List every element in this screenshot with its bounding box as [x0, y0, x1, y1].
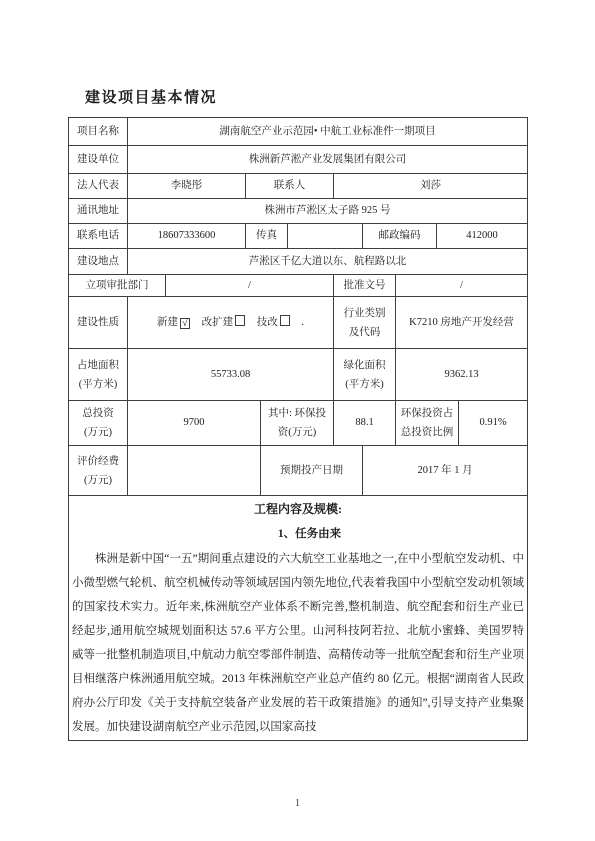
checkbox-tech-icon — [280, 315, 290, 326]
row-mailing-address: 通讯地址 株洲市芦淞区太子路 925 号 — [69, 199, 528, 224]
construction-unit-value: 株洲新芦淞产业发展集团有限公司 — [128, 146, 528, 174]
row-legal-representative: 法人代表 李晓彤 联系人 刘莎 — [69, 174, 528, 199]
document-content: 建设项目基本情况 项目名称 湖南航空产业示范园• 中航工业标准件一期项目 建设单… — [68, 88, 527, 741]
project-info-table: 项目名称 湖南航空产业示范园• 中航工业标准件一期项目 建设单位 株洲新芦淞产业… — [68, 117, 528, 741]
construction-location-value: 芦淞区千亿大道以东、航程路以北 — [128, 249, 528, 275]
approval-doc-value: / — [396, 275, 528, 297]
env-investment-value: 88.1 — [334, 401, 396, 446]
row-land-area: 占地面积 (平方米) 55733.08 绿化面积 (平方米) 9362.13 — [69, 349, 528, 401]
approval-dept-value: / — [166, 275, 334, 297]
row-project-content: 工程内容及规模: 1、任务由来 株洲是新中国“一五”期间重点建设的六大航空工业基… — [69, 496, 528, 741]
fax-label: 传真 — [246, 224, 288, 249]
land-area-label-line2: (平方米) — [72, 375, 124, 394]
evaluation-fee-label-line1: 评价经费 — [72, 452, 124, 471]
industry-category-label-line2: 及代码 — [337, 323, 392, 342]
project-name-value: 湖南航空产业示范园• 中航工业标准件一期项目 — [128, 118, 528, 146]
env-ratio-label-line2: 总投资比例 — [399, 423, 455, 442]
land-area-label: 占地面积 (平方米) — [69, 349, 128, 401]
option-tech-label: 技改 — [257, 317, 278, 328]
total-investment-label-line1: 总投资 — [72, 404, 124, 423]
row-construction-unit: 建设单位 株洲新芦淞产业发展集团有限公司 — [69, 146, 528, 174]
checkbox-expand-icon — [235, 315, 245, 326]
env-investment-label-line1: 其中: 环保投 — [264, 404, 330, 423]
construction-nature-label: 建设性质 — [69, 297, 128, 349]
contact-person-label: 联系人 — [246, 174, 334, 199]
approval-doc-label: 批准文号 — [334, 275, 396, 297]
row-approval: 立项审批部门 / 批准文号 / — [69, 275, 528, 297]
page-title: 建设项目基本情况 — [85, 88, 527, 108]
land-area-label-line1: 占地面积 — [72, 356, 124, 375]
row-total-investment: 总投资 (万元) 9700 其中: 环保投 资(万元) 88.1 环保投资占 总… — [69, 401, 528, 446]
land-area-value: 55733.08 — [128, 349, 334, 401]
option-new: 新建√ — [157, 317, 190, 328]
green-area-label-line2: (平方米) — [337, 375, 392, 394]
legal-representative-label: 法人代表 — [69, 174, 128, 199]
evaluation-fee-label: 评价经费 (万元) — [69, 446, 128, 496]
phone-value: 18607333600 — [128, 224, 246, 249]
fax-value — [288, 224, 363, 249]
legal-representative-value: 李晓彤 — [128, 174, 246, 199]
document-page: 建设项目基本情况 项目名称 湖南航空产业示范园• 中航工业标准件一期项目 建设单… — [0, 0, 595, 841]
section-heading: 工程内容及规模: — [72, 497, 524, 521]
row-project-name: 项目名称 湖南航空产业示范园• 中航工业标准件一期项目 — [69, 118, 528, 146]
mailing-address-value: 株洲市芦淞区太子路 925 号 — [128, 199, 528, 224]
row-phone: 联系电话 18607333600 传真 邮政编码 412000 — [69, 224, 528, 249]
approval-dept-label: 立项审批部门 — [69, 275, 166, 297]
green-area-label-line1: 绿化面积 — [337, 356, 392, 375]
row-construction-location: 建设地点 芦淞区千亿大道以东、航程路以北 — [69, 249, 528, 275]
nature-suffix: . — [301, 317, 304, 328]
env-investment-label: 其中: 环保投 资(万元) — [261, 401, 334, 446]
checkbox-new-icon: √ — [180, 318, 190, 329]
env-investment-ratio-value: 0.91% — [459, 401, 528, 446]
option-expand-label: 改扩建 — [202, 317, 234, 328]
row-evaluation-fee: 评价经费 (万元) 预期投产日期 2017 年 1 月 — [69, 446, 528, 496]
env-investment-label-line2: 资(万元) — [264, 423, 330, 442]
subsection-heading: 1、任务由来 — [72, 521, 524, 547]
industry-category-value: K7210 房地产开发经营 — [396, 297, 528, 349]
evaluation-fee-label-line2: (万元) — [72, 471, 124, 490]
postcode-label: 邮政编码 — [363, 224, 437, 249]
option-new-label: 新建 — [157, 317, 178, 328]
green-area-label: 绿化面积 (平方米) — [334, 349, 396, 401]
industry-category-label-line1: 行业类别 — [337, 304, 392, 323]
green-area-value: 9362.13 — [396, 349, 528, 401]
construction-unit-label: 建设单位 — [69, 146, 128, 174]
contact-person-value: 刘莎 — [334, 174, 528, 199]
body-paragraph: 株洲是新中国“一五”期间重点建设的六大航空工业基地之一,在中小型航空发动机、中小… — [72, 547, 524, 739]
production-date-value: 2017 年 1 月 — [363, 446, 528, 496]
construction-nature-options: 新建√ 改扩建 技改 . — [128, 297, 334, 349]
mailing-address-label: 通讯地址 — [69, 199, 128, 224]
project-content-cell: 工程内容及规模: 1、任务由来 株洲是新中国“一五”期间重点建设的六大航空工业基… — [69, 496, 528, 741]
evaluation-fee-value — [128, 446, 261, 496]
construction-location-label: 建设地点 — [69, 249, 128, 275]
option-expand: 改扩建 — [202, 317, 246, 328]
total-investment-value: 9700 — [128, 401, 261, 446]
row-construction-nature: 建设性质 新建√ 改扩建 技改 . 行业类别 及代码 K7210 房地产开发经营 — [69, 297, 528, 349]
env-ratio-label-line1: 环保投资占 — [399, 404, 455, 423]
project-name-label: 项目名称 — [69, 118, 128, 146]
industry-category-label: 行业类别 及代码 — [334, 297, 396, 349]
total-investment-label-line2: (万元) — [72, 423, 124, 442]
production-date-label: 预期投产日期 — [261, 446, 363, 496]
option-tech: 技改 — [257, 317, 290, 328]
postcode-value: 412000 — [437, 224, 528, 249]
env-investment-ratio-label: 环保投资占 总投资比例 — [396, 401, 459, 446]
total-investment-label: 总投资 (万元) — [69, 401, 128, 446]
page-number: 1 — [0, 798, 595, 809]
phone-label: 联系电话 — [69, 224, 128, 249]
